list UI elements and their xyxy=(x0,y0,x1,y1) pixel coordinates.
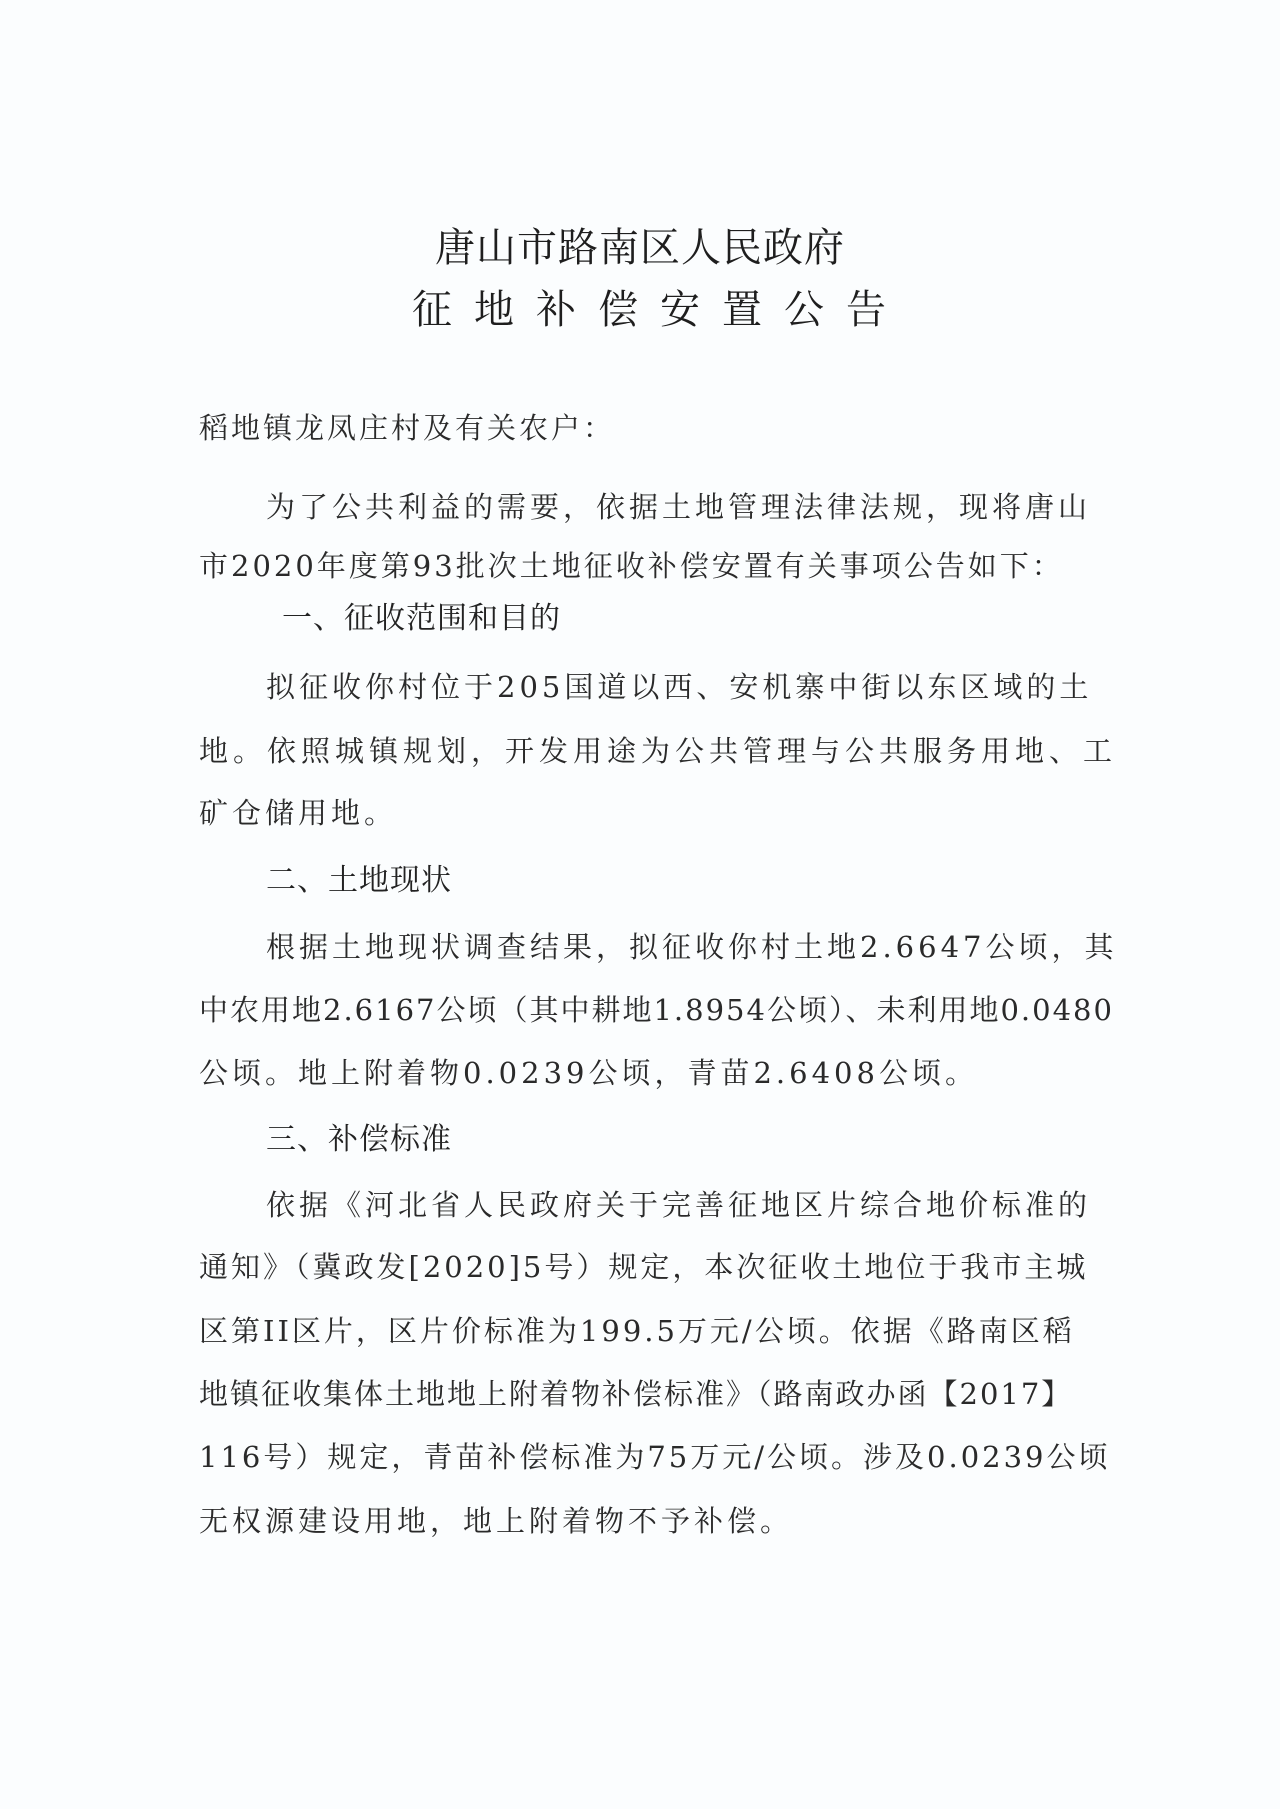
intro-line-2: 市2020年度第93批次土地征收补偿安置有关事项公告如下： xyxy=(199,552,1064,581)
section-2-line-1: 根据土地现状调查结果，拟征收你村土地2.6647公顷，其 xyxy=(266,933,1117,962)
section-3-line-2: 通知》（冀政发[2020]5号）规定，本次征收土地位于我市主城 xyxy=(199,1253,1088,1282)
section-3-line-5: 116号）规定，青苗补偿标准为75万元/公顷。涉及0.0239公顷 xyxy=(199,1443,1111,1472)
section-3-line-1: 依据《河北省人民政府关于完善征地区片综合地价标准的 xyxy=(266,1191,1091,1220)
section-1-line-3: 矿仓储用地。 xyxy=(199,799,397,828)
intro-line-1: 为了公共利益的需要，依据土地管理法律法规，现将唐山 xyxy=(266,493,1091,522)
document-title-line-2: 征地补偿安置公告 xyxy=(0,290,1280,330)
section-2-line-3: 公顷。地上附着物0.0239公顷，青苗2.6408公顷。 xyxy=(199,1059,978,1088)
section-3-line-4: 地镇征收集体土地地上附着物补偿标准》（路南政办函【2017】 xyxy=(199,1380,1072,1409)
addressee: 稻地镇龙凤庄村及有关农户： xyxy=(199,414,615,443)
section-heading-3: 三、补偿标准 xyxy=(266,1125,452,1155)
document-title-line-1: 唐山市路南区人民政府 xyxy=(0,228,1280,268)
section-3-line-3: 区第II区片，区片价标准为199.5万元/公顷。依据《路南区稻 xyxy=(199,1317,1075,1346)
section-1-line-1: 拟征收你村位于205国道以西、安机寨中街以东区域的土 xyxy=(266,673,1092,702)
section-heading-2: 二、土地现状 xyxy=(266,866,452,896)
section-1-line-2: 地。依照城镇规划，开发用途为公共管理与公共服务用地、工 xyxy=(199,737,1117,766)
section-heading-1: 一、征收范围和目的 xyxy=(282,604,561,634)
section-3-line-6: 无权源建设用地，地上附着物不予补偿。 xyxy=(199,1507,793,1536)
document-page: 唐山市路南区人民政府 征地补偿安置公告 稻地镇龙凤庄村及有关农户： 为了公共利益… xyxy=(0,0,1280,1809)
section-2-line-2: 中农用地2.6167公顷（其中耕地1.8954公顷）、未利用地0.0480 xyxy=(199,996,1114,1025)
